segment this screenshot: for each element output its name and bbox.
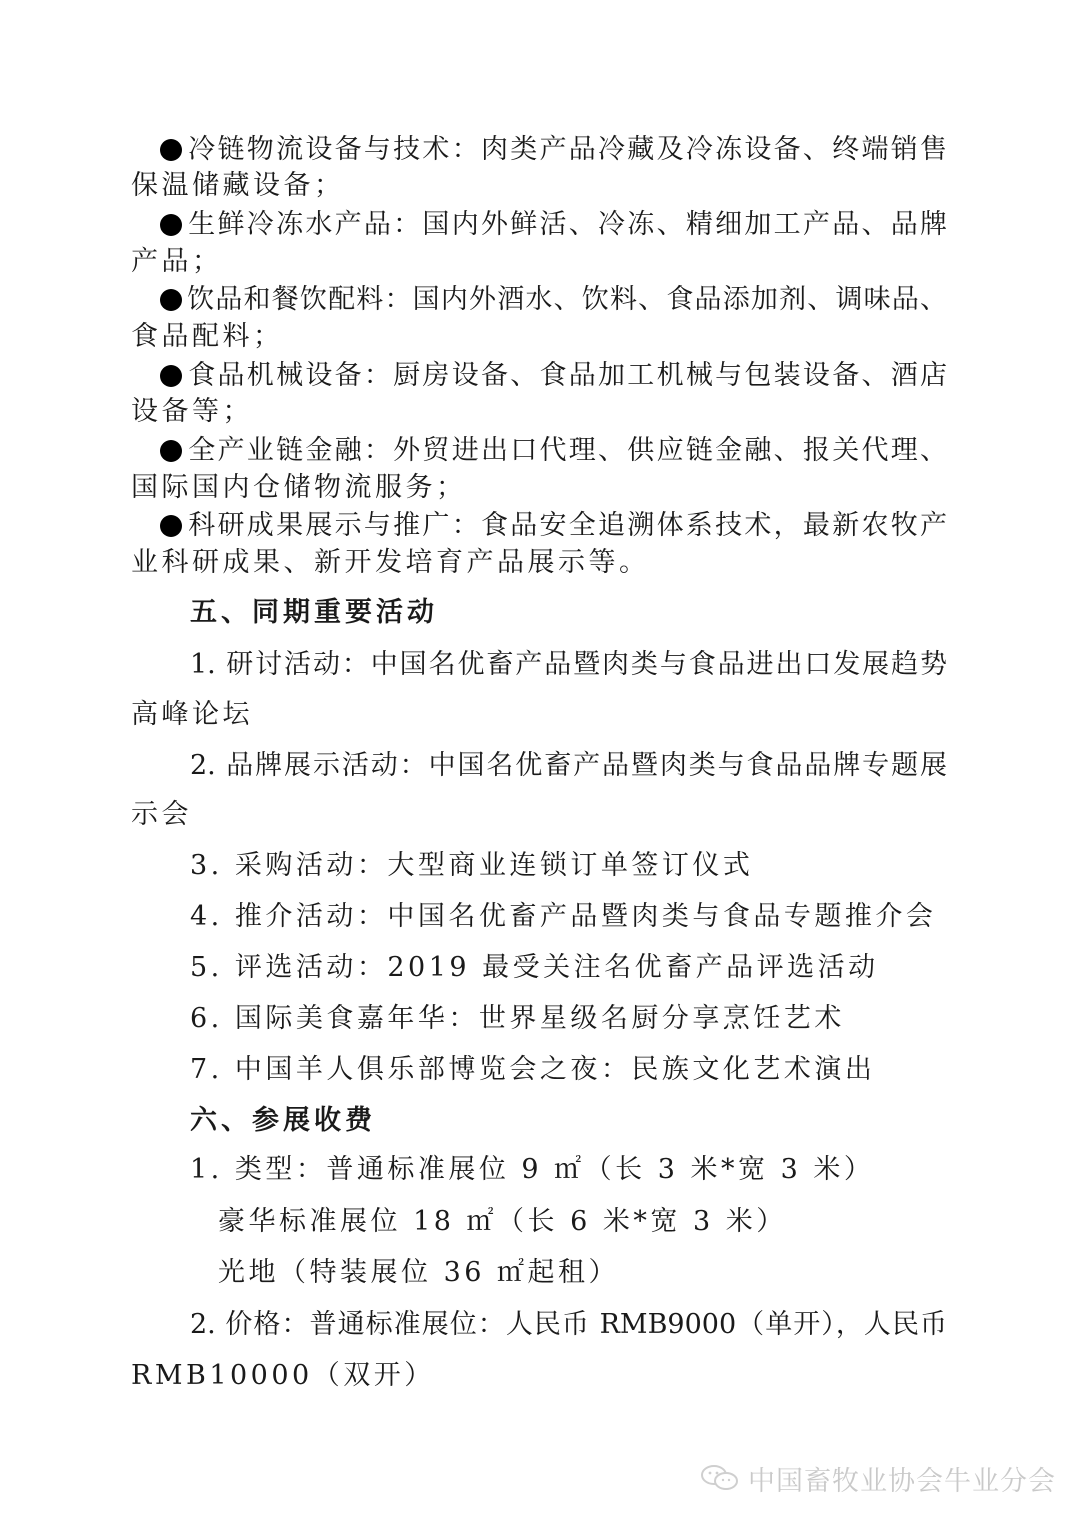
bullet-icon [160,214,182,236]
fee-price: RMB10000（双开） [131,1358,951,1394]
activity-item: 5. 评选活动：2019 最受关注名优畜产品评选活动 [190,950,950,986]
category-item-line: 食品配料； [131,319,951,355]
category-item-line: 食品机械设备：厨房设备、食品加工机械与包装设备、酒店 [160,358,947,394]
bullet-icon [160,440,182,462]
category-item-line: 冷链物流设备与技术：肉类产品冷藏及冷冻设备、终端销售 [160,132,947,168]
activity-item: 7. 中国羊人俱乐部博览会之夜：民族文化艺术演出 [190,1052,950,1088]
bullet-icon [160,515,182,537]
category-item-line: 保温储藏设备； [131,168,951,204]
fee-type-deluxe: 豪华标准展位 18 ㎡（长 6 米*宽 3 米） [218,1204,1038,1240]
section-heading: 五、同期重要活动 [190,595,950,631]
activity-item: 3. 采购活动：大型商业连锁订单签订仪式 [190,848,950,884]
fee-type-raw-space: 光地（特装展位 36 ㎡起租） [218,1255,1038,1291]
category-item-line: 设备等； [131,394,951,430]
activity-item: 6. 国际美食嘉年华：世界星级名厨分享烹饪艺术 [190,1001,950,1037]
category-item-line: 业科研成果、新开发培育产品展示等。 [131,545,951,581]
activity-item: 4. 推介活动：中国名优畜产品暨肉类与食品专题推介会 [190,899,950,935]
activity-item: 1. 研讨活动：中国名优畜产品暨肉类与食品进出口发展趋势 [190,647,947,683]
category-item-line: 饮品和餐饮配料：国内外酒水、饮料、食品添加剂、调味品、 [160,282,947,318]
category-item-line: 科研成果展示与推广：食品安全追溯体系技术，最新农牧产 [160,508,947,544]
fee-type-standard: 1. 类型：普通标准展位 9 ㎡（长 3 米*宽 3 米） [190,1152,950,1188]
wechat-icon [700,1463,740,1493]
fee-price: 2. 价格：普通标准展位：人民币 RMB9000（单开），人民币 [190,1307,947,1343]
watermark: 中国畜牧业协会牛业分会 [700,1460,1056,1496]
activity-item: 示会 [131,797,951,833]
category-item-line: 生鲜冷冻水产品：国内外鲜活、冷冻、精细加工产品、品牌 [160,207,947,243]
category-item-line: 国际国内仓储物流服务； [131,470,951,506]
activity-item: 高峰论坛 [131,697,951,733]
bullet-icon [160,139,182,161]
bullet-icon [160,289,182,311]
section-heading: 六、参展收费 [190,1103,950,1139]
category-item-line: 全产业链金融：外贸进出口代理、供应链金融、报关代理、 [160,433,947,469]
watermark-text: 中国畜牧业协会牛业分会 [748,1459,1056,1498]
activity-item: 2. 品牌展示活动：中国名优畜产品暨肉类与食品品牌专题展 [190,748,947,784]
bullet-icon [160,365,182,387]
category-item-line: 产品； [131,244,951,280]
document-page: 冷链物流设备与技术：肉类产品冷藏及冷冻设备、终端销售 保温储藏设备； 生鲜冷冻水… [0,0,1080,1527]
